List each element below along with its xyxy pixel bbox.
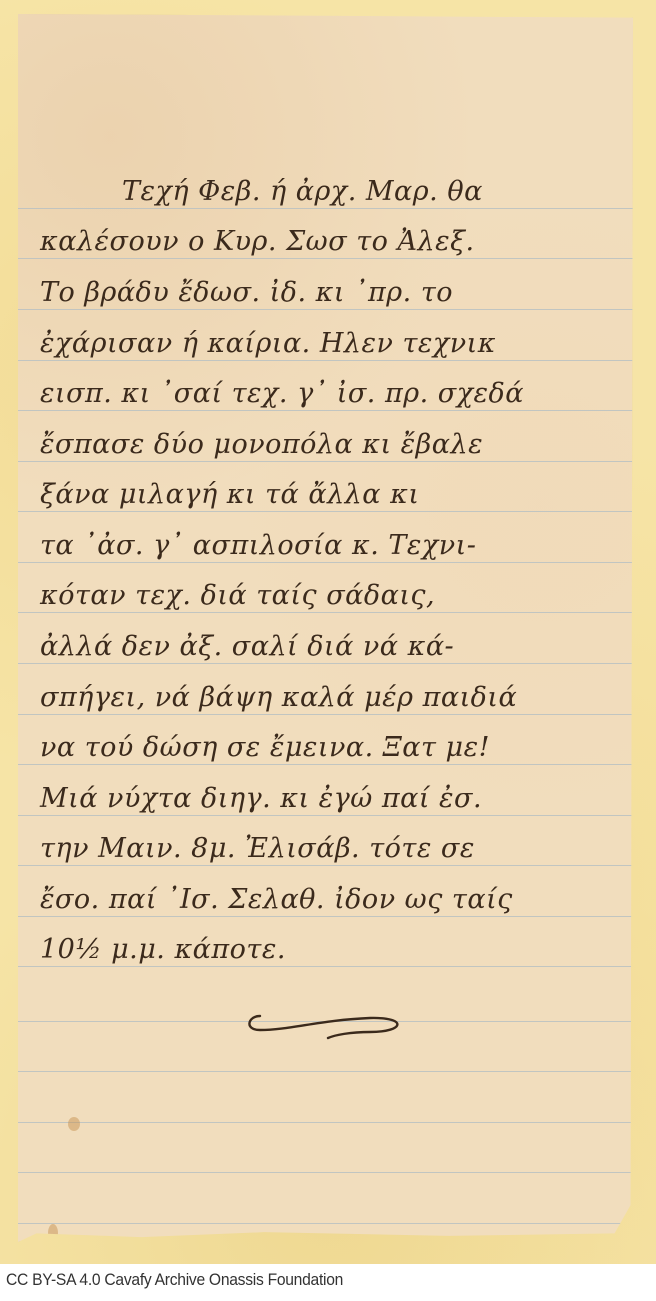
ruled-line — [18, 511, 633, 512]
ruled-line — [18, 865, 633, 866]
flourish-icon — [240, 1008, 410, 1040]
license-caption: CC BY-SA 4.0 Cavafy Archive Onassis Foun… — [6, 1270, 343, 1290]
ruled-line — [18, 1122, 633, 1123]
handwritten-line: Τεχή Φεβ. ή ἀρχ. Μαρ. θα — [122, 178, 483, 205]
ruled-line — [18, 764, 633, 765]
ruled-line — [18, 1172, 633, 1173]
handwritten-line: την Μαιν. 8μ. Ἐλισάβ. τότε σε — [40, 835, 475, 862]
ruled-line — [18, 208, 633, 209]
ruled-line — [18, 258, 633, 259]
handwritten-line: ξάνα μιλαγή κι τά ἄλλα κι — [40, 481, 419, 508]
handwritten-line: ἔσο. παί ᾽Ισ. Σελαθ. ἰδον ως ταίς — [40, 886, 513, 913]
ruled-line — [18, 815, 633, 816]
paper-stain — [68, 1117, 80, 1131]
ruled-line — [18, 461, 633, 462]
handwritten-line: τα ᾽ἀσ. γ᾽ ασπιλοσία κ. Τεχνι- — [40, 532, 476, 559]
ruled-line — [18, 966, 633, 967]
ruled-line — [18, 562, 633, 563]
ruled-line — [18, 612, 633, 613]
ruled-line — [18, 663, 633, 664]
handwritten-line: ἀλλά δεν ἀξ. σαλί διά νά κά- — [40, 633, 454, 660]
handwritten-line: σπήγει, νά βάψη καλά μέρ παιδιά — [40, 684, 517, 711]
ruled-line — [18, 410, 633, 411]
handwritten-line: κόταν τεχ. διά ταίς σάδαις, — [40, 582, 435, 609]
handwritten-line: εισπ. κι ᾽σαί τεχ. γ᾽ ἰσ. πρ. σχεδά — [40, 380, 524, 407]
handwritten-line: να τού δώση σε ἔμεινα. Ξατ με! — [40, 734, 490, 761]
handwritten-line: ἔσπασε δύο μονοπόλα κι ἔβαλε — [40, 431, 483, 458]
ruled-line — [18, 1223, 633, 1224]
ruled-line — [18, 714, 633, 715]
handwritten-line: 10½ μ.μ. κάποτε. — [40, 936, 286, 963]
manuscript-sheet: Τεχή Φεβ. ή ἀρχ. Μαρ. θα καλέσουν ο Κυρ.… — [18, 14, 633, 1242]
handwritten-line: καλέσουν ο Κυρ. Σωσ το Ἀλεξ. — [40, 228, 475, 255]
ruled-line — [18, 1071, 633, 1072]
handwritten-line: Το βράδυ ἔδωσ. ἰδ. κι ᾽πρ. το — [40, 279, 453, 306]
ruled-line — [18, 360, 633, 361]
ruled-line — [18, 916, 633, 917]
handwritten-line: Μιά νύχτα διηγ. κι ἐγώ παί ἐσ. — [40, 785, 482, 812]
ruled-line — [18, 309, 633, 310]
handwritten-line: ἐχάρισαν ή καίρια. Ηλεν τεχνικ — [40, 330, 496, 357]
